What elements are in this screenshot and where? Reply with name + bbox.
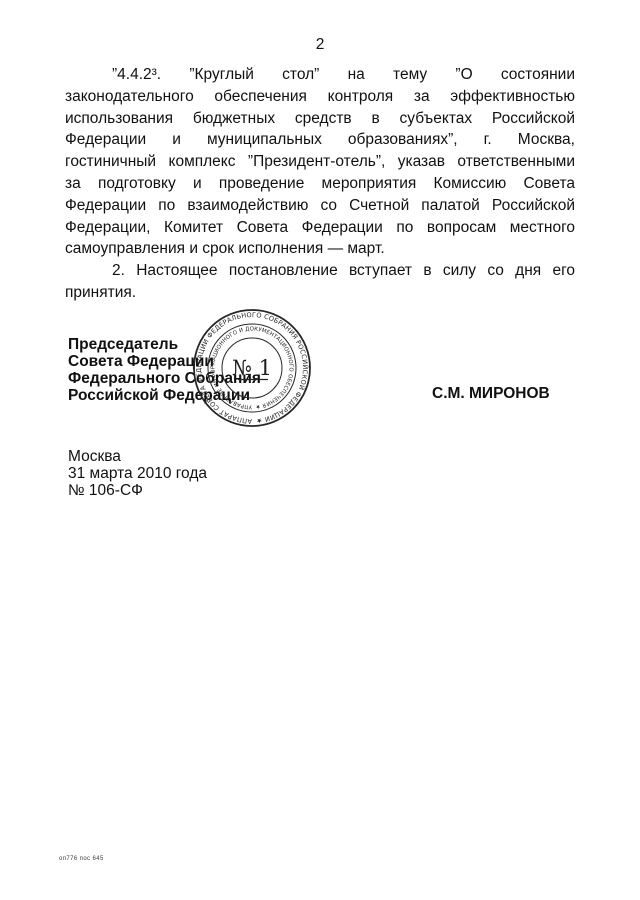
text-line: использования бюджетных средств в субъек… (65, 108, 575, 130)
signatory-name: С.М. МИРОНОВ (432, 385, 550, 403)
issue-number: № 106-СФ (68, 482, 207, 499)
text-line: Федерации по взаимодействию со Счетной п… (65, 195, 575, 217)
print-code: оп776 пос 645 (59, 856, 104, 862)
stamp-number: № 1 (232, 356, 272, 380)
text-line: за подготовку и проведение мероприятия К… (65, 173, 575, 195)
paragraph: 2. Настоящее постановление вступает в си… (65, 260, 575, 304)
issue-city: Москва (68, 448, 207, 465)
issue-block: Москва 31 марта 2010 года № 106-СФ (68, 448, 207, 499)
text-line: Федерации и муниципальных образованиях”,… (65, 129, 575, 151)
text-line: законодательного обеспечения контроля за… (65, 86, 575, 108)
issue-date: 31 марта 2010 года (68, 465, 207, 482)
page-number: 2 (0, 36, 640, 54)
official-stamp: АППАРАТ СОВЕТА ФЕДЕРАЦИИ ФЕДЕРАЛЬНОГО СО… (190, 306, 314, 430)
document-page: 2 ”4.4.2³. ”Круглый стол” на тему ”О сос… (0, 0, 640, 900)
text-line: Федерации, Комитет Совета Федерации по в… (65, 217, 575, 239)
text-line: ”4.4.2³. ”Круглый стол” на тему ”О состо… (65, 64, 575, 86)
text-line: самоуправления и срок исполнения — март. (65, 238, 575, 260)
text-line: принятия. (65, 282, 575, 304)
document-body: ”4.4.2³. ”Круглый стол” на тему ”О состо… (65, 64, 575, 304)
paragraph: ”4.4.2³. ”Круглый стол” на тему ”О состо… (65, 64, 575, 260)
text-line: гостиничный комплекс ”Президент-отель”, … (65, 151, 575, 173)
text-line: 2. Настоящее постановление вступает в си… (65, 260, 575, 282)
